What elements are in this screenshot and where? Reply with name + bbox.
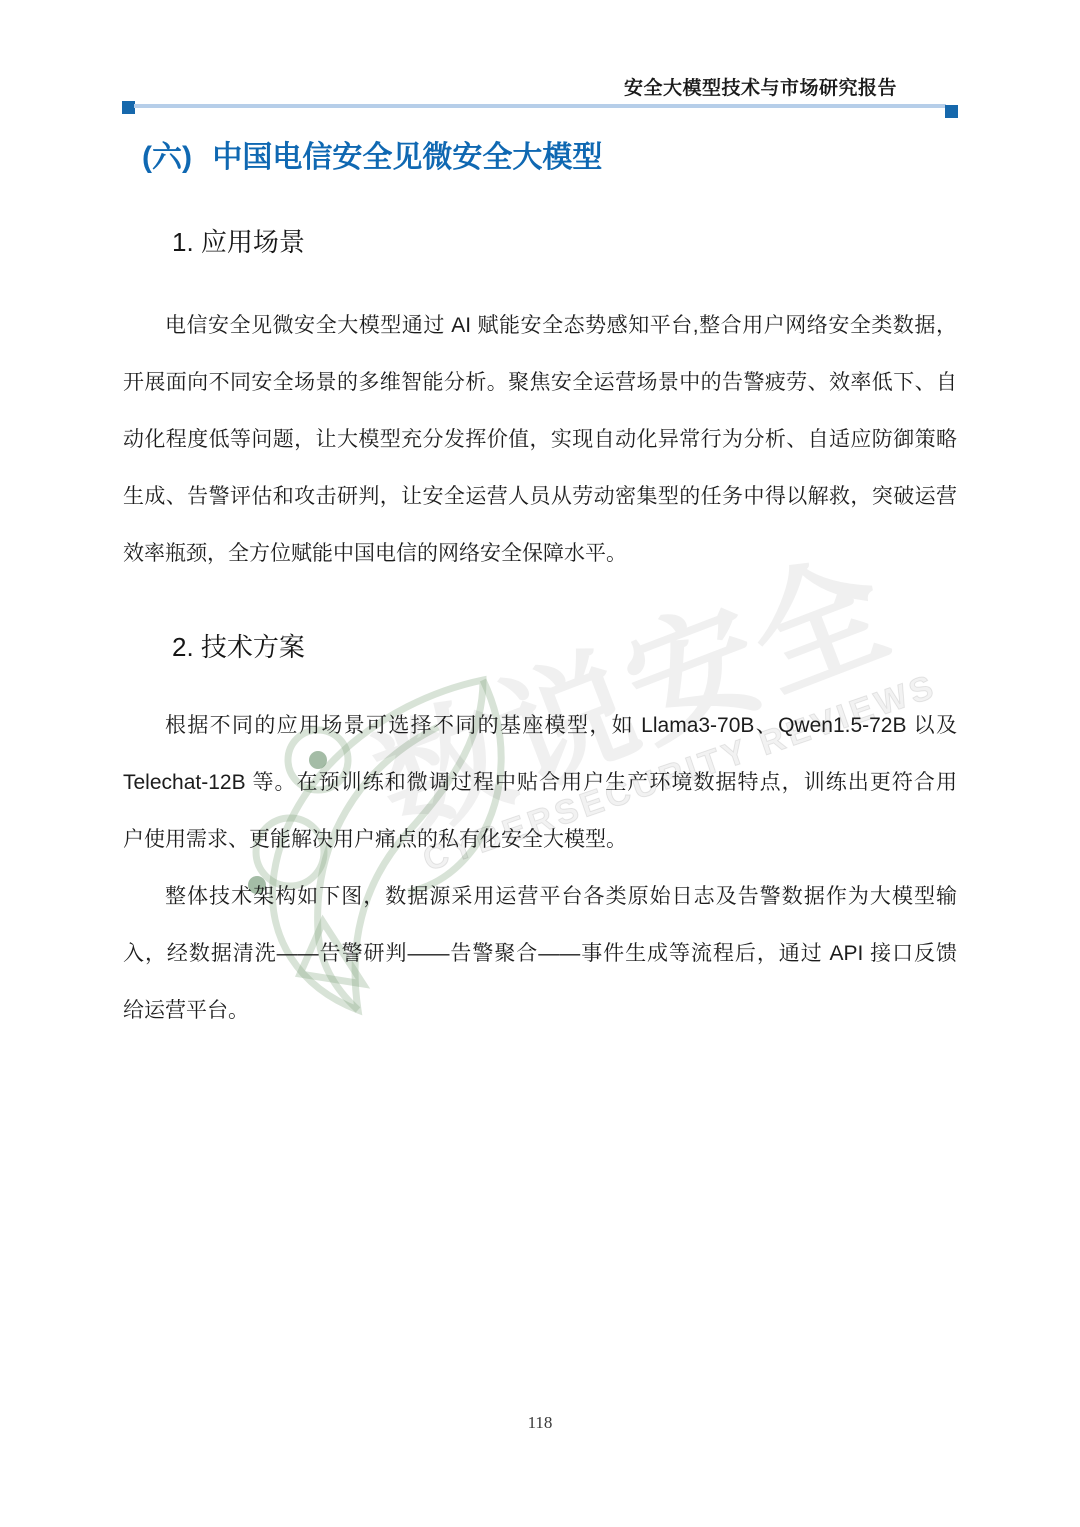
paragraph-line: Telechat-12B 等。在预训练和微调过程中贴合用户生产环境数据特点，训练…: [123, 754, 957, 811]
page-number: 118: [0, 1413, 1080, 1433]
paragraph-application-scenario: 电信安全见微安全大模型通过 AI 赋能安全态势感知平台,整合用户网络安全类数据，…: [123, 297, 957, 582]
paragraph-line: 给运营平台。: [123, 982, 957, 1039]
header-rule-right-square: [945, 105, 958, 118]
report-header-title: 安全大模型技术与市场研究报告: [624, 77, 897, 101]
paragraph-technical-plan: 根据不同的应用场景可选择不同的基座模型，如 Llama3-70B、Qwen1.5…: [123, 697, 957, 868]
paragraph-line: 动化程度低等问题，让大模型充分发挥价值，实现自动化异常行为分析、自适应防御策略: [123, 411, 957, 468]
subsection-heading-1: 1. 应用场景: [172, 225, 305, 259]
paragraph-line: 户使用需求、更能解决用户痛点的私有化安全大模型。: [123, 811, 957, 868]
paragraph-line: 生成、告警评估和攻击研判，让安全运营人员从劳动密集型的任务中得以解救，突破运营: [123, 468, 957, 525]
paragraph-line: 电信安全见微安全大模型通过 AI 赋能安全态势感知平台,整合用户网络安全类数据，: [123, 297, 957, 354]
paragraph-line: 效率瓶颈，全方位赋能中国电信的网络安全保障水平。: [123, 525, 957, 582]
paragraph-line: 入，经数据清洗——告警研判——告警聚合——事件生成等流程后，通过 API 接口反…: [123, 925, 957, 982]
paragraph-line: 根据不同的应用场景可选择不同的基座模型，如 Llama3-70B、Qwen1.5…: [123, 697, 957, 754]
document-page: 数说安全 CYBERSECURITY REVIEWS 安全大模型技术与市场研究报…: [0, 0, 1080, 1527]
paragraph-line: 整体技术架构如下图，数据源采用运营平台各类原始日志及告警数据作为大模型输: [123, 868, 957, 925]
paragraph-line: 开展面向不同安全场景的多维智能分析。聚焦安全运营场景中的告警疲劳、效率低下、自: [123, 354, 957, 411]
paragraph-architecture: 整体技术架构如下图，数据源采用运营平台各类原始日志及告警数据作为大模型输 入，经…: [123, 868, 957, 1039]
header-rule-line: [134, 104, 946, 108]
subsection-heading-2: 2. 技术方案: [172, 630, 305, 664]
section-heading: (六) 中国电信安全见微安全大模型: [142, 139, 602, 177]
